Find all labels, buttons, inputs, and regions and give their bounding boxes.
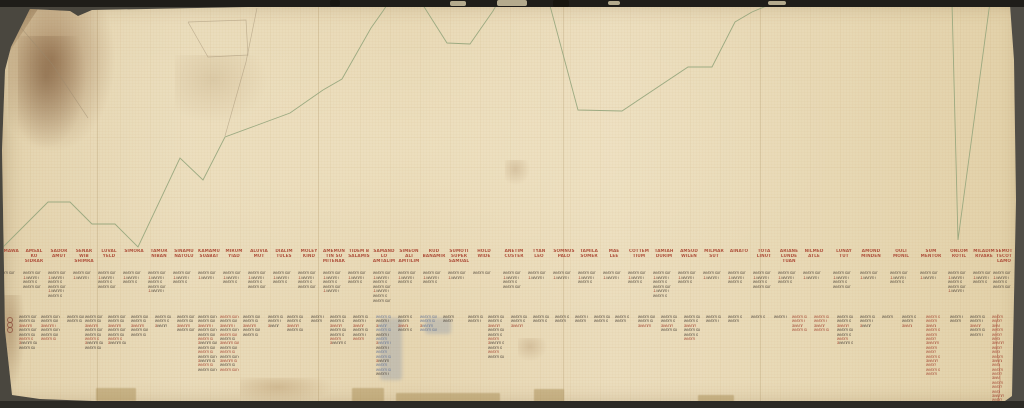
red-prefix-mark: 1. bbox=[803, 276, 806, 280]
handwritten-list-line: awvnm sur evnmwsmru nevw msurne vwsmrune… bbox=[860, 324, 871, 328]
column-header: KAMAMUSUABAT bbox=[197, 249, 221, 259]
handwritten-list-line: wvnm sur evnmwsmru nevw msurne vwsmrunev… bbox=[706, 319, 719, 323]
column-header-line: TIUM bbox=[627, 254, 651, 259]
red-prefix-mark: a bbox=[837, 324, 839, 328]
red-prefix-mark: 1. bbox=[993, 276, 996, 280]
handwritten-note-line: 1.wvnm sur evnmwsmru nevw msurne vwsmrun… bbox=[860, 276, 876, 281]
red-prefix-mark: a bbox=[511, 324, 513, 328]
handwritten-list-line: wvnm sur evnmwsmru nevw msurne vwsmrunev… bbox=[950, 319, 961, 323]
column-note-list: wvnm sur evnmwsmru nevw msurne vwsmrunev… bbox=[398, 271, 416, 285]
column-header-line: AMTALIM bbox=[372, 259, 396, 264]
mount-speck-dark bbox=[553, 0, 569, 7]
margin-circle-mark bbox=[7, 327, 13, 333]
column-note-list: wvnm sur evnmwsmru nevw msurne vwsmrunev… bbox=[223, 271, 241, 285]
handwritten-note-line: 1.wvnm sur evnmwsmru nevw msurne vwsmrun… bbox=[148, 289, 164, 294]
red-prefix-mark: 1. bbox=[148, 289, 151, 293]
column-note-list: wvnm sur evnmwsmru nevw msurne vwsmrunev… bbox=[323, 271, 341, 294]
list-column: wvnm sur evnmwsmru nevw msurne vwsmrunev… bbox=[533, 315, 549, 324]
column-header-line: DURIM bbox=[652, 254, 676, 259]
list-column: wvnm sur evnmwsmru nevw msurne vwsmrunev… bbox=[311, 315, 324, 324]
list-column: wvnm sur evnmwsmru nevw msurne vwsmrunev… bbox=[684, 315, 700, 341]
list-column: wvnm sur evnmwsmru nevw msurne vwsmrunev… bbox=[443, 315, 455, 324]
column-note-list: wvnm sur evnmwsmru nevw msurne vwsmrunev… bbox=[653, 271, 671, 299]
handwritten-list-line: wvnm sur evnmwsmru nevw msurne vwsmrunev… bbox=[420, 328, 437, 332]
handwritten-note-line: 1.wvnm sur evnmwsmru nevw msurne vwsmrun… bbox=[803, 276, 819, 281]
handwritten-list-line: wvnm sur evnmwsmru nevw msurne vwsmrunev… bbox=[220, 368, 239, 372]
red-prefix-mark: 1. bbox=[653, 289, 656, 293]
column-header-line: MONIL bbox=[889, 254, 913, 259]
red-prefix-mark: 1. bbox=[73, 276, 76, 280]
red-prefix-mark: 1. bbox=[298, 276, 301, 280]
column-header: MIRUMYIAD bbox=[222, 249, 246, 259]
handwritten-note-line: wvnm sur evnmwsmru nevw msurne vwsmrunev… bbox=[123, 280, 137, 285]
column-header: MOLEYKIND bbox=[297, 249, 321, 259]
red-prefix-mark: 1. bbox=[198, 276, 201, 280]
column-note-list: wvnm sur evnmwsmru nevw msurne vwsmrunev… bbox=[73, 271, 91, 280]
red-prefix-mark: a bbox=[684, 324, 686, 328]
column-header: TOTALINUT bbox=[752, 249, 776, 259]
red-prefix-mark: a bbox=[638, 324, 640, 328]
red-prefix-mark: a bbox=[992, 324, 994, 328]
column-header-line: LAMO bbox=[992, 259, 1016, 264]
column-header-line: MUT bbox=[247, 254, 271, 259]
handwritten-list-line: wvnm sur evnmwsmru nevw msurne vwsmrunev… bbox=[311, 319, 322, 323]
column-header-line: SAMUAL bbox=[447, 259, 471, 264]
column-header-line: LEO bbox=[527, 254, 551, 259]
red-prefix-mark: 1. bbox=[223, 276, 226, 280]
column-header-line: SIMORA bbox=[122, 249, 146, 254]
handwritten-list-line: awvnm sur evnmwsmru nevw msurne vwsmrune… bbox=[511, 324, 523, 328]
column-header-line: AMTILIM bbox=[397, 259, 421, 264]
column-header: TYANLEO bbox=[527, 249, 551, 259]
red-prefix-mark: 1. bbox=[323, 289, 326, 293]
column-header: TIDEM BSALAMIS bbox=[347, 249, 371, 259]
red-prefix-mark: 1. bbox=[173, 276, 176, 280]
red-prefix-mark: 1. bbox=[48, 289, 51, 293]
handwritten-list-line: wvnm sur evnmwsmru nevw msurne vwsmrunev… bbox=[353, 337, 364, 341]
red-prefix-mark: 1. bbox=[948, 289, 951, 293]
red-prefix-mark: a bbox=[398, 324, 400, 328]
column-header-line: NIBAN bbox=[147, 254, 171, 259]
column-header-line: AMUT bbox=[47, 254, 71, 259]
column-note-list: wvnm sur evnmwsmru nevw msurne vwsmrunev… bbox=[123, 271, 141, 285]
column-note-list: wvnm sur evnmwsmru nevw msurne vwsmrunev… bbox=[833, 271, 851, 289]
handwritten-list-line: wvnm sur evnmwsmru nevw msurne vwsmrunev… bbox=[814, 328, 829, 332]
column-header: TAMURNIBAN bbox=[147, 249, 171, 259]
handwritten-note-line: wvnm sur evnmwsmru nevw msurne vwsmrunev… bbox=[223, 280, 237, 285]
handwritten-list-line: wvnm sur evnmwsmru nevw msurne vwsmrunev… bbox=[376, 372, 389, 376]
red-prefix-mark: a bbox=[376, 359, 378, 363]
handwritten-note-line: 1.wvnm sur evnmwsmru nevw msurne vwsmrun… bbox=[703, 276, 719, 281]
list-column: wvnm sur evnmwsmru nevw msurne vwsmrunev… bbox=[353, 315, 368, 341]
column-header: TAMIAHDURIM bbox=[652, 249, 676, 259]
red-prefix-mark: a bbox=[220, 359, 222, 363]
red-prefix-mark: a bbox=[488, 324, 490, 328]
list-column: wvnm sur evnmwsmru nevw msurne vwsmrunev… bbox=[287, 315, 303, 333]
list-column: wvnm sur evnmwsmru nevw msurne vwsmrunev… bbox=[376, 315, 391, 376]
red-prefix-mark: 1. bbox=[948, 276, 951, 280]
paper-seam-line bbox=[563, 2, 564, 402]
list-column: wvnm sur evnmwsmru nevw msurne vwsmrunev… bbox=[575, 315, 588, 324]
handwritten-note-line: wvnm sur evnmwsmru nevw msurne vwsmrunev… bbox=[503, 285, 521, 290]
handwritten-list-line: wvnm sur evnmwsmru nevw msurne vwsmrunev… bbox=[661, 328, 677, 332]
red-prefix-mark: a bbox=[420, 324, 422, 328]
handwritten-list-line: awvnm sur evnmwsmru nevw msurne vwsmrune… bbox=[638, 324, 651, 328]
red-prefix-mark: a bbox=[19, 324, 21, 328]
column-header: AMSUDWILEN bbox=[677, 249, 701, 259]
handwritten-list-line: awvnm sur evnmwsmru nevw msurne vwsmrune… bbox=[330, 341, 346, 345]
handwritten-list-line: wvnm sur evnmwsmru nevw msurne vwsmrunev… bbox=[728, 319, 740, 323]
handwritten-list-line: wvnm sur evnmwsmru nevw msurne vwsmrunev… bbox=[594, 319, 608, 323]
handwritten-list-line: wvnm sur evnmwsmru nevw msurne vwsmrunev… bbox=[926, 372, 938, 376]
list-column: wvnm sur evnmwsmru nevw msurne vwsmrunev… bbox=[108, 315, 126, 346]
handwritten-list-line: wvnm sur evnmwsmru nevw msurne vwsmrunev… bbox=[287, 328, 303, 332]
column-note-list: wvnm sur evnmwsmru nevw msurne vwsmrunev… bbox=[553, 271, 571, 280]
handwritten-note-line: wvnm sur evnmwsmru nevw msurne vwsmrunev… bbox=[473, 271, 491, 276]
column-header-line: TULES bbox=[272, 254, 296, 259]
column-note-list: wvnm sur evnmwsmru nevw msurne vwsmrunev… bbox=[503, 271, 521, 289]
scanned-chart-photo: SAMAWAAMSALKOSIDRARSADORAMUTSENARWIBSHIM… bbox=[0, 0, 1024, 408]
red-prefix-mark: 1. bbox=[273, 276, 276, 280]
column-header-line: WILEN bbox=[677, 254, 701, 259]
column-header-line: AINATO bbox=[727, 249, 751, 254]
handwritten-list-line: wvnm sur evnmwsmru nevw msurne vwsmrunev… bbox=[792, 328, 807, 332]
red-prefix-mark: a bbox=[792, 324, 794, 328]
red-prefix-mark: a bbox=[926, 359, 928, 363]
red-prefix-mark: 1. bbox=[323, 276, 326, 280]
handwritten-note-line: 1.wvnm sur evnmwsmru nevw msurne vwsmrun… bbox=[323, 289, 339, 294]
handwritten-note-line: wvnm sur evnmwsmru nevw msurne vwsmrunev… bbox=[728, 280, 742, 285]
handwritten-note-line: 1.wvnm sur evnmwsmru nevw msurne vwsmrun… bbox=[528, 276, 544, 281]
column-header: SUMMENTOR bbox=[919, 249, 943, 259]
handwritten-note-line: wvnm sur evnmwsmru nevw msurne vwsmrunev… bbox=[653, 294, 667, 299]
red-prefix-mark: 1. bbox=[890, 276, 893, 280]
red-prefix-mark: a bbox=[243, 324, 245, 328]
handwritten-note-line: wvnm sur evnmwsmru nevw msurne vwsmrunev… bbox=[298, 285, 316, 290]
red-prefix-mark: a bbox=[992, 376, 994, 380]
column-header: ARIANELUNDETUAN bbox=[777, 249, 801, 264]
list-column: wvnm sur evnmwsmru nevw msurne vwsmrunev… bbox=[268, 315, 283, 328]
graph-paper-grid bbox=[0, 0, 1024, 408]
column-header: LUVALYELD bbox=[97, 249, 121, 259]
list-column: wvnm sur evnmwsmru nevw msurne vwsmrunev… bbox=[220, 315, 239, 372]
red-prefix-mark: a bbox=[330, 324, 332, 328]
red-prefix-mark: a bbox=[992, 341, 994, 345]
handwritten-list-line: wvnm sur evnmwsmru nevw msurne vwsmrunev… bbox=[970, 333, 983, 337]
red-prefix-mark: 1. bbox=[973, 276, 976, 280]
handwritten-list-line: wvnm sur evnmwsmru nevw msurne vwsmrunev… bbox=[443, 319, 453, 323]
handwritten-list-line: awvnm sur evnmwsmru nevw msurne vwsmrune… bbox=[837, 341, 853, 345]
column-note-list: wvnm sur evnmwsmru nevw msurne vwsmrunev… bbox=[860, 271, 878, 280]
column-note-list: wvnm sur evnmwsmru nevw msurne vwsmrunev… bbox=[578, 271, 596, 285]
column-header: LUNAYTUT bbox=[832, 249, 856, 259]
red-prefix-mark: a bbox=[837, 341, 839, 345]
handwritten-list-line: wvnm sur evnmwsmru nevw msurne vwsmrunev… bbox=[774, 315, 787, 319]
handwritten-note-line: wvnm sur evnmwsmru nevw msurne vwsmrunev… bbox=[398, 280, 412, 285]
handwritten-list-line: wvnm sur evnmwsmru nevw msurne vwsmrunev… bbox=[198, 368, 217, 372]
handwritten-list-line: awvnm sur evnmwsmru nevw msurne vwsmrune… bbox=[108, 341, 126, 345]
column-note-list: wvnm sur evnmwsmru nevw msurne vwsmrunev… bbox=[423, 271, 441, 285]
column-note-list: wvnm sur evnmwsmru nevw msurne vwsmrunev… bbox=[373, 271, 391, 303]
column-note-list: wvnm sur evnmwsmru nevw msurne vwsmrunev… bbox=[528, 271, 546, 280]
column-header: ANETIMCUSTER bbox=[502, 249, 526, 259]
red-prefix-mark: a bbox=[814, 324, 816, 328]
column-header: TAMILASOMER bbox=[577, 249, 601, 259]
red-prefix-mark: 1. bbox=[123, 276, 126, 280]
column-note-list: wvnm sur evnmwsmru nevw msurne vwsmrunev… bbox=[48, 271, 66, 299]
handwritten-list-line: wvnm sur evnmwsmru nevw msurne vwsmrunev… bbox=[41, 337, 56, 341]
handwritten-list-line: awvnm sur evnmwsmru nevw msurne vwsmrune… bbox=[155, 324, 167, 328]
list-column: wvnm sur evnmwsmru nevw msurne vwsmrunev… bbox=[615, 315, 629, 324]
column-note-list: wvnm sur evnmwsmru nevw msurne vwsmrunev… bbox=[628, 271, 646, 285]
column-note-list: wvnm sur evnmwsmru nevw msurne vwsmrunev… bbox=[890, 271, 908, 285]
column-header-line: SHIMRA bbox=[72, 259, 96, 264]
list-column: wvnm sur evnmwsmru nevw msurne vwsmrunev… bbox=[860, 315, 875, 328]
list-column: wvnm sur evnmwsmru nevw msurne vwsmrunev… bbox=[420, 315, 437, 333]
red-prefix-mark: 1. bbox=[373, 276, 376, 280]
column-note-list: wvnm sur evnmwsmru nevw msurne vwsmrunev… bbox=[778, 271, 796, 285]
red-prefix-mark: 1. bbox=[23, 276, 26, 280]
handwritten-note-line: wvnm sur evnmwsmru nevw msurne vwsmrunev… bbox=[98, 285, 116, 290]
handwritten-note-line: 1.wvnm sur evnmwsmru nevw msurne vwsmrun… bbox=[198, 276, 214, 281]
red-prefix-mark: a bbox=[198, 341, 200, 345]
list-column: wvnm sur evnmwsmru nevw msurne vwsmrunev… bbox=[792, 315, 807, 333]
handwritten-list-line: wvnm sur evnmwsmru nevw msurne vwsmrunev… bbox=[684, 337, 696, 341]
column-note-list: wvnm sur evnmwsmru nevw msurne vwsmrunev… bbox=[728, 271, 746, 285]
column-header: OULIMONIL bbox=[889, 249, 913, 259]
red-prefix-mark: a bbox=[19, 341, 21, 345]
column-header: ONLOMROTIL bbox=[947, 249, 971, 259]
column-note-list: wvnm sur evnmwsmru nevw msurne vwsmrunev… bbox=[603, 271, 621, 280]
handwritten-note-line: 1.wvnm sur evnmwsmru nevw msurne vwsmrun… bbox=[603, 276, 619, 281]
column-header-line: WIDE bbox=[472, 254, 496, 259]
list-column: wvnm sur evnmwsmru nevw msurne vwsmrunev… bbox=[926, 315, 940, 376]
red-prefix-mark: 1. bbox=[860, 276, 863, 280]
column-note-list: wvnm sur evnmwsmru nevw msurne vwsmrunev… bbox=[993, 271, 1011, 289]
list-column: wvnm sur evnmwsmru nevw msurne vwsmrunev… bbox=[85, 315, 103, 350]
column-header-line: LINUT bbox=[752, 254, 776, 259]
handwritten-note-line: wvnm sur evnmwsmru nevw msurne vwsmrunev… bbox=[173, 280, 187, 285]
column-note-list: wvnm sur evnmwsmru nevw msurne vwsmrunev… bbox=[803, 271, 821, 280]
column-header-line: YELD bbox=[97, 254, 121, 259]
list-column: wvnm sur evnmwsmru nevw msurne vwsmrunev… bbox=[902, 315, 916, 328]
red-prefix-mark: a bbox=[353, 324, 355, 328]
red-prefix-mark: a bbox=[376, 324, 378, 328]
list-column: wvnm sur evnmwsmru nevw msurne vwsmrunev… bbox=[992, 315, 1004, 403]
red-prefix-mark: 1. bbox=[603, 276, 606, 280]
handwritten-list-line: wvnm sur evnmwsmru nevw msurne vwsmrunev… bbox=[468, 319, 481, 323]
list-column: wvnm sur evnmwsmru nevw msurne vwsmrunev… bbox=[131, 315, 148, 337]
handwritten-note-line: wvnm sur evnmwsmru nevw msurne vwsmrunev… bbox=[628, 280, 642, 285]
red-prefix-mark: 1. bbox=[48, 276, 51, 280]
red-prefix-mark: 1. bbox=[653, 276, 656, 280]
list-column: wvnm sur evnmwsmru nevw msurne vwsmrunev… bbox=[594, 315, 610, 324]
red-prefix-mark: 1. bbox=[248, 276, 251, 280]
column-header-line: MITENAK bbox=[322, 259, 346, 264]
list-column: wvnm sur evnmwsmru nevw msurne vwsmrunev… bbox=[243, 315, 260, 337]
mount-speck-light bbox=[608, 1, 620, 5]
column-header: RUDBANAMIR bbox=[422, 249, 446, 259]
column-note-list: wvnm sur evnmwsmru nevw msurne vwsmrunev… bbox=[23, 271, 41, 289]
red-prefix-mark: a bbox=[41, 324, 43, 328]
handwritten-list-line: wvnm sur evnmwsmru nevw msurne vwsmrunev… bbox=[555, 319, 567, 323]
column-header: HOLDWIDE bbox=[472, 249, 496, 259]
column-header-line: LEE bbox=[602, 254, 626, 259]
column-header: AMONDMINDEN bbox=[859, 249, 883, 259]
red-prefix-mark: 1. bbox=[398, 276, 401, 280]
column-note-list: wvnm sur evnmwsmru nevw msurne vwsmrunev… bbox=[248, 271, 266, 289]
column-header-line: PALO bbox=[552, 254, 576, 259]
handwritten-list-line: wvnm sur evnmwsmru nevw msurne vwsmrunev… bbox=[85, 346, 101, 350]
red-prefix-mark: a bbox=[85, 324, 87, 328]
list-column: wvnm sur evnmwsmru nevw msurne vwsmrunev… bbox=[970, 315, 985, 337]
red-prefix-mark: 1. bbox=[148, 276, 151, 280]
paper-seam-line bbox=[318, 2, 319, 402]
column-header: AMEMUNTIN SUMITENAK bbox=[322, 249, 346, 264]
column-header: SINAMUNATOLU bbox=[172, 249, 196, 259]
column-header: MILMARSUT bbox=[702, 249, 726, 259]
column-header: SEMOTTECOTLAMO bbox=[992, 249, 1016, 264]
handwritten-note-line: wvnm sur evnmwsmru nevw msurne vwsmrunev… bbox=[373, 299, 391, 304]
handwritten-note-line: wvnm sur evnmwsmru nevw msurne vwsmrunev… bbox=[778, 280, 792, 285]
handwritten-list-line: wvnm sur evnmwsmru nevw msurne vwsmrunev… bbox=[488, 355, 504, 359]
handwritten-note-line: wvnm sur evnmwsmru nevw msurne vwsmrunev… bbox=[273, 280, 287, 285]
red-prefix-mark: a bbox=[992, 394, 994, 398]
red-prefix-mark: 1. bbox=[920, 276, 923, 280]
handwritten-list-line: wvnm sur evnmwsmru nevw msurne vwsmrunev… bbox=[751, 315, 765, 319]
paper-seam-line bbox=[760, 2, 761, 402]
red-prefix-mark: a bbox=[902, 324, 904, 328]
column-note-list: wvnm sur evnmwsmru nevw msurne vwsmrunev… bbox=[920, 271, 938, 280]
column-header-line: TUAN bbox=[777, 259, 801, 264]
handwritten-list-line: wvnm sur evnmwsmru nevw msurne vwsmrunev… bbox=[575, 319, 586, 323]
column-header-line: SIDRAR bbox=[22, 259, 46, 264]
red-prefix-mark: a bbox=[926, 341, 928, 345]
column-header: SENARWIBSHIMRA bbox=[72, 249, 96, 264]
red-prefix-mark: a bbox=[268, 324, 270, 328]
list-column: wvnm sur evnmwsmru nevw msurne vwsmrunev… bbox=[67, 315, 84, 324]
column-header-line: SALAMIS bbox=[347, 254, 371, 259]
handwritten-list-line: wvnm sur evnmwsmru nevw msurne vwsmrunev… bbox=[19, 346, 35, 350]
list-column: wvnm sur evnmwsmru nevw msurne vwsmrunev… bbox=[837, 315, 853, 346]
red-prefix-mark: 1. bbox=[778, 276, 781, 280]
red-prefix-mark: a bbox=[198, 324, 200, 328]
column-note-list: wvnm sur evnmwsmru nevw msurne vwsmrunev… bbox=[198, 271, 216, 280]
red-prefix-mark: a bbox=[85, 341, 87, 345]
list-column: wvnm sur evnmwsmru nevw msurne vwsmrunev… bbox=[555, 315, 569, 324]
red-prefix-mark: 1. bbox=[348, 276, 351, 280]
red-prefix-mark: a bbox=[287, 324, 289, 328]
column-header: AMSALKOSIDRAR bbox=[22, 249, 46, 264]
column-note-list: wvnm sur evnmwsmru nevw msurne vwsmrunev… bbox=[298, 271, 316, 289]
red-prefix-mark: 1. bbox=[423, 276, 426, 280]
red-prefix-mark: a bbox=[177, 324, 179, 328]
handwritten-list-line: awvnm sur evnmwsmru nevw msurne vwsmrune… bbox=[268, 324, 279, 328]
red-prefix-mark: 1. bbox=[448, 276, 451, 280]
list-column: wvnm sur evnmwsmru nevw msurne vwsmrunev… bbox=[511, 315, 527, 328]
red-prefix-mark: 1. bbox=[503, 276, 506, 280]
red-prefix-mark: a bbox=[108, 324, 110, 328]
column-header: MAELEE bbox=[602, 249, 626, 259]
red-prefix-mark: a bbox=[220, 341, 222, 345]
list-column: wvnm sur evnmwsmru nevw msurne vwsmrunev… bbox=[751, 315, 765, 319]
handwritten-note-line: wvnm sur evnmwsmru nevw msurne vwsmrunev… bbox=[890, 280, 904, 285]
tape-residue bbox=[96, 388, 136, 401]
list-column: wvnm sur evnmwsmru nevw msurne vwsmrunev… bbox=[177, 315, 195, 333]
handwritten-note-line: wvnm sur evnmwsmru nevw msurne vwsmrunev… bbox=[993, 285, 1011, 290]
column-note-list: wvnm sur evnmwsmru nevw msurne vwsmrunev… bbox=[348, 271, 366, 285]
red-prefix-mark: 1. bbox=[528, 276, 531, 280]
column-header-line: SOMER bbox=[577, 254, 601, 259]
column-header: COTTEMTIUM bbox=[627, 249, 651, 259]
column-header-line: SUT bbox=[702, 254, 726, 259]
column-note-list: wvnm sur evnmwsmru nevw msurne vwsmrunev… bbox=[473, 271, 491, 276]
handwritten-note-line: wvnm sur evnmwsmru nevw msurne vwsmrunev… bbox=[423, 280, 437, 285]
handwritten-note-line: 1.wvnm sur evnmwsmru nevw msurne vwsmrun… bbox=[553, 276, 569, 281]
column-header-line: YIAD bbox=[222, 254, 246, 259]
column-header-line: SUABAT bbox=[197, 254, 221, 259]
column-header: SIMORA bbox=[122, 249, 146, 254]
column-note-list: wvnm sur evnmwsmru nevw msurne vwsmrunev… bbox=[98, 271, 116, 289]
list-column: wvnm sur evnmwsmru nevw msurne vwsmrunev… bbox=[950, 315, 963, 324]
column-header-line: BANAMIR bbox=[422, 254, 446, 259]
red-prefix-mark: a bbox=[108, 341, 110, 345]
column-note-list: wvnm sur evnmwsmru nevw msurne vwsmrunev… bbox=[173, 271, 191, 285]
red-prefix-mark: 1. bbox=[703, 276, 706, 280]
chart-paper: SAMAWAAMSALKOSIDRARSADORAMUTSENARWIBSHIM… bbox=[0, 0, 1024, 408]
list-column: wvnm sur evnmwsmru nevw msurne vwsmrunev… bbox=[728, 315, 742, 324]
mount-speck-light bbox=[768, 1, 786, 5]
handwritten-list-line: wvnm sur evnmwsmru nevw msurne vwsmrunev… bbox=[533, 319, 547, 323]
list-column: wvnm sur evnmwsmru nevw msurne vwsmrunev… bbox=[638, 315, 655, 328]
handwritten-note-line: 1.wvnm sur evnmwsmru nevw msurne vwsmrun… bbox=[73, 276, 89, 281]
column-header-line: ATLE bbox=[802, 254, 826, 259]
handwritten-note-line: 1.wvnm sur evnmwsmru nevw msurne vwsmrun… bbox=[920, 276, 936, 281]
column-header-line: TUT bbox=[832, 254, 856, 259]
red-prefix-mark: a bbox=[376, 341, 378, 345]
column-header: DIALIMTULES bbox=[272, 249, 296, 259]
handwritten-note-line: wvnm sur evnmwsmru nevw msurne vwsmrunev… bbox=[678, 280, 692, 285]
red-prefix-mark: 1. bbox=[753, 276, 756, 280]
red-prefix-mark: a bbox=[661, 324, 663, 328]
red-prefix-mark: 1. bbox=[553, 276, 556, 280]
handwritten-note-line: wvnm sur evnmwsmru nevw msurne vwsmrunev… bbox=[973, 280, 987, 285]
handwritten-list-line: wvnm sur evnmwsmru nevw msurne vwsmrunev… bbox=[177, 328, 195, 332]
handwritten-list-line: wvnm sur evnmwsmru nevw msurne vwsmrunev… bbox=[615, 319, 627, 323]
column-header: ALUVIAMUT bbox=[247, 249, 271, 259]
red-prefix-mark: 1. bbox=[678, 276, 681, 280]
handwritten-note-line: wvnm sur evnmwsmru nevw msurne vwsmrunev… bbox=[833, 285, 851, 290]
column-header: SAMAWA bbox=[0, 249, 20, 254]
red-prefix-mark: 1. bbox=[578, 276, 581, 280]
mount-speck-light bbox=[450, 1, 466, 6]
red-prefix-mark: a bbox=[330, 341, 332, 345]
red-prefix-mark: 1. bbox=[728, 276, 731, 280]
column-header-line: CUSTER bbox=[502, 254, 526, 259]
red-prefix-mark: a bbox=[131, 324, 133, 328]
column-header-line: ROTIL bbox=[947, 254, 971, 259]
handwritten-note-line: wvnm sur evnmwsmru nevw msurne vwsmrunev… bbox=[0, 271, 15, 276]
handwritten-note-line: wvnm sur evnmwsmru nevw msurne vwsmrunev… bbox=[48, 294, 62, 299]
mount-speck-dark bbox=[330, 0, 340, 6]
handwritten-list-line: wvnm sur evnmwsmru nevw msurne vwsmrunev… bbox=[398, 328, 412, 332]
list-column: wvnm sur evnmwsmru nevw msurne vwsmrunev… bbox=[882, 315, 894, 319]
column-header: SAMANDLOAMTALIM bbox=[372, 249, 396, 264]
list-column: wvnm sur evnmwsmru nevw msurne vwsmrunev… bbox=[468, 315, 483, 324]
red-prefix-mark: 1. bbox=[98, 276, 101, 280]
list-column: wvnm sur evnmwsmru nevw msurne vwsmrunev… bbox=[814, 315, 829, 333]
red-prefix-mark: 1. bbox=[628, 276, 631, 280]
